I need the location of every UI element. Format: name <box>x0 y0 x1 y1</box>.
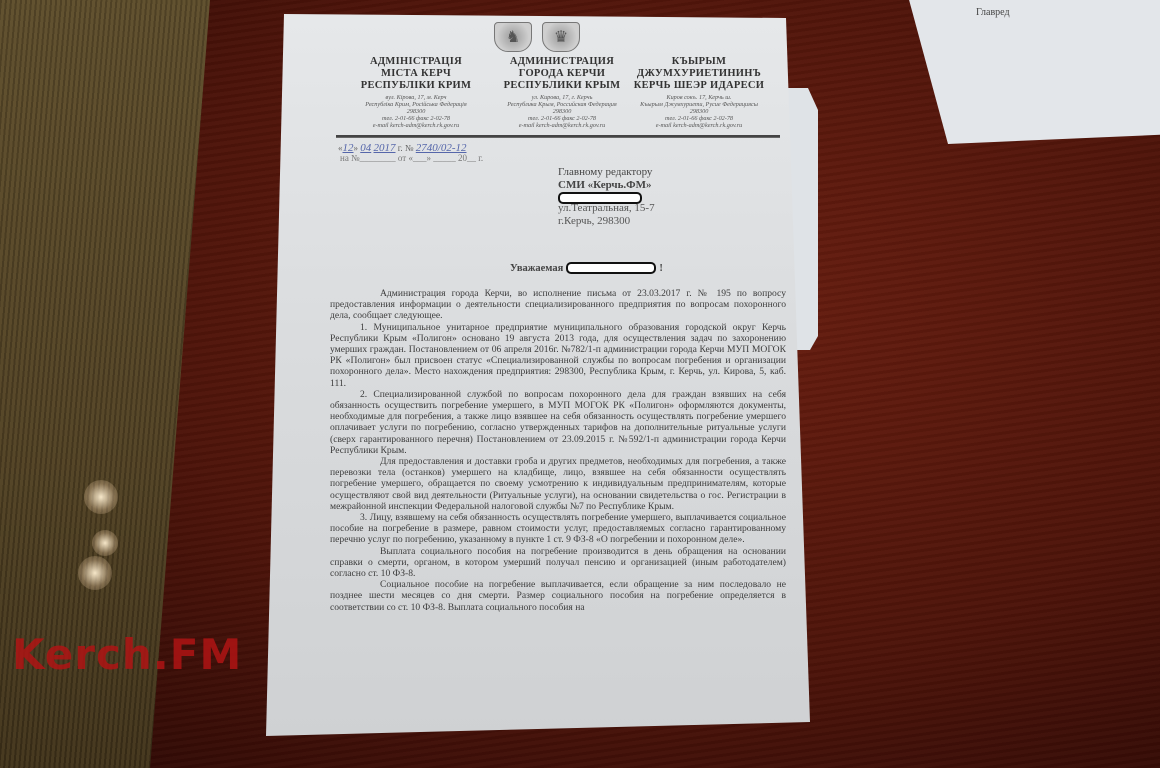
letterhead-russian: АДМИНИСТРАЦИЯ ГОРОДА КЕРЧИ РЕСПУБЛИКИ КР… <box>492 56 632 129</box>
letterhead-title: АДМІНІСТРАЦІЯ МІСТА КЕРЧ РЕСПУБЛІКИ КРИМ <box>346 56 486 92</box>
letterhead-title: КЪЫРЫМ ДЖУМХУРИЕТИНИНЪ КЕРЧЬ ШЕЭР ИДАРЕС… <box>624 56 774 92</box>
light-reflection <box>78 556 112 590</box>
crimea-coat-of-arms-icon: ♞ <box>494 22 532 52</box>
paragraph: Администрация города Керчи, во исполнени… <box>330 288 786 322</box>
light-reflection <box>84 480 118 514</box>
paragraph: Для предоставления и доставки гроба и др… <box>330 456 786 512</box>
redacted-name <box>566 262 656 274</box>
letterhead-emblems: ♞ ♛ <box>494 22 580 52</box>
addressee-block: Главному редактору СМИ «Керчь.ФМ» <box>558 166 652 205</box>
letterhead-ukrainian: АДМІНІСТРАЦІЯ МІСТА КЕРЧ РЕСПУБЛІКИ КРИМ… <box>346 56 486 129</box>
official-letter: ♞ ♛ АДМІНІСТРАЦІЯ МІСТА КЕРЧ РЕСПУБЛІКИ … <box>266 14 810 736</box>
letterhead-crimean-tatar: КЪЫРЫМ ДЖУМХУРИЕТИНИНЪ КЕРЧЬ ШЕЭР ИДАРЕС… <box>624 56 774 129</box>
letter-body: Администрация города Керчи, во исполнени… <box>330 288 786 613</box>
letterhead-divider <box>336 135 780 138</box>
letterhead-title: АДМИНИСТРАЦИЯ ГОРОДА КЕРЧИ РЕСПУБЛИКИ КР… <box>492 56 632 92</box>
incoming-reference: на №________ от «___» _____ 20__ г. <box>340 153 483 163</box>
paragraph: 1. Муниципальное унитарное предприятие м… <box>330 322 786 389</box>
side-sheet-label: Главред <box>976 7 1010 18</box>
paragraph: 2. Специализированной службой по вопроса… <box>330 389 786 456</box>
light-reflection <box>92 530 118 556</box>
kerch-fm-watermark: Kerch.FM <box>12 630 242 679</box>
paragraph: 3. Лицу, взявшему на себя обязанность ос… <box>330 512 786 546</box>
addressee-address: ул.Театральная, 15-7 г.Керчь, 298300 <box>558 202 655 228</box>
salutation: Уважаемая ! <box>510 262 663 274</box>
side-paper-sheet <box>908 0 1160 148</box>
kerch-coat-of-arms-icon: ♛ <box>542 22 580 52</box>
paragraph: Выплата социального пособия на погребени… <box>330 546 786 580</box>
paragraph: Социальное пособие на погребение выплачи… <box>330 579 786 613</box>
